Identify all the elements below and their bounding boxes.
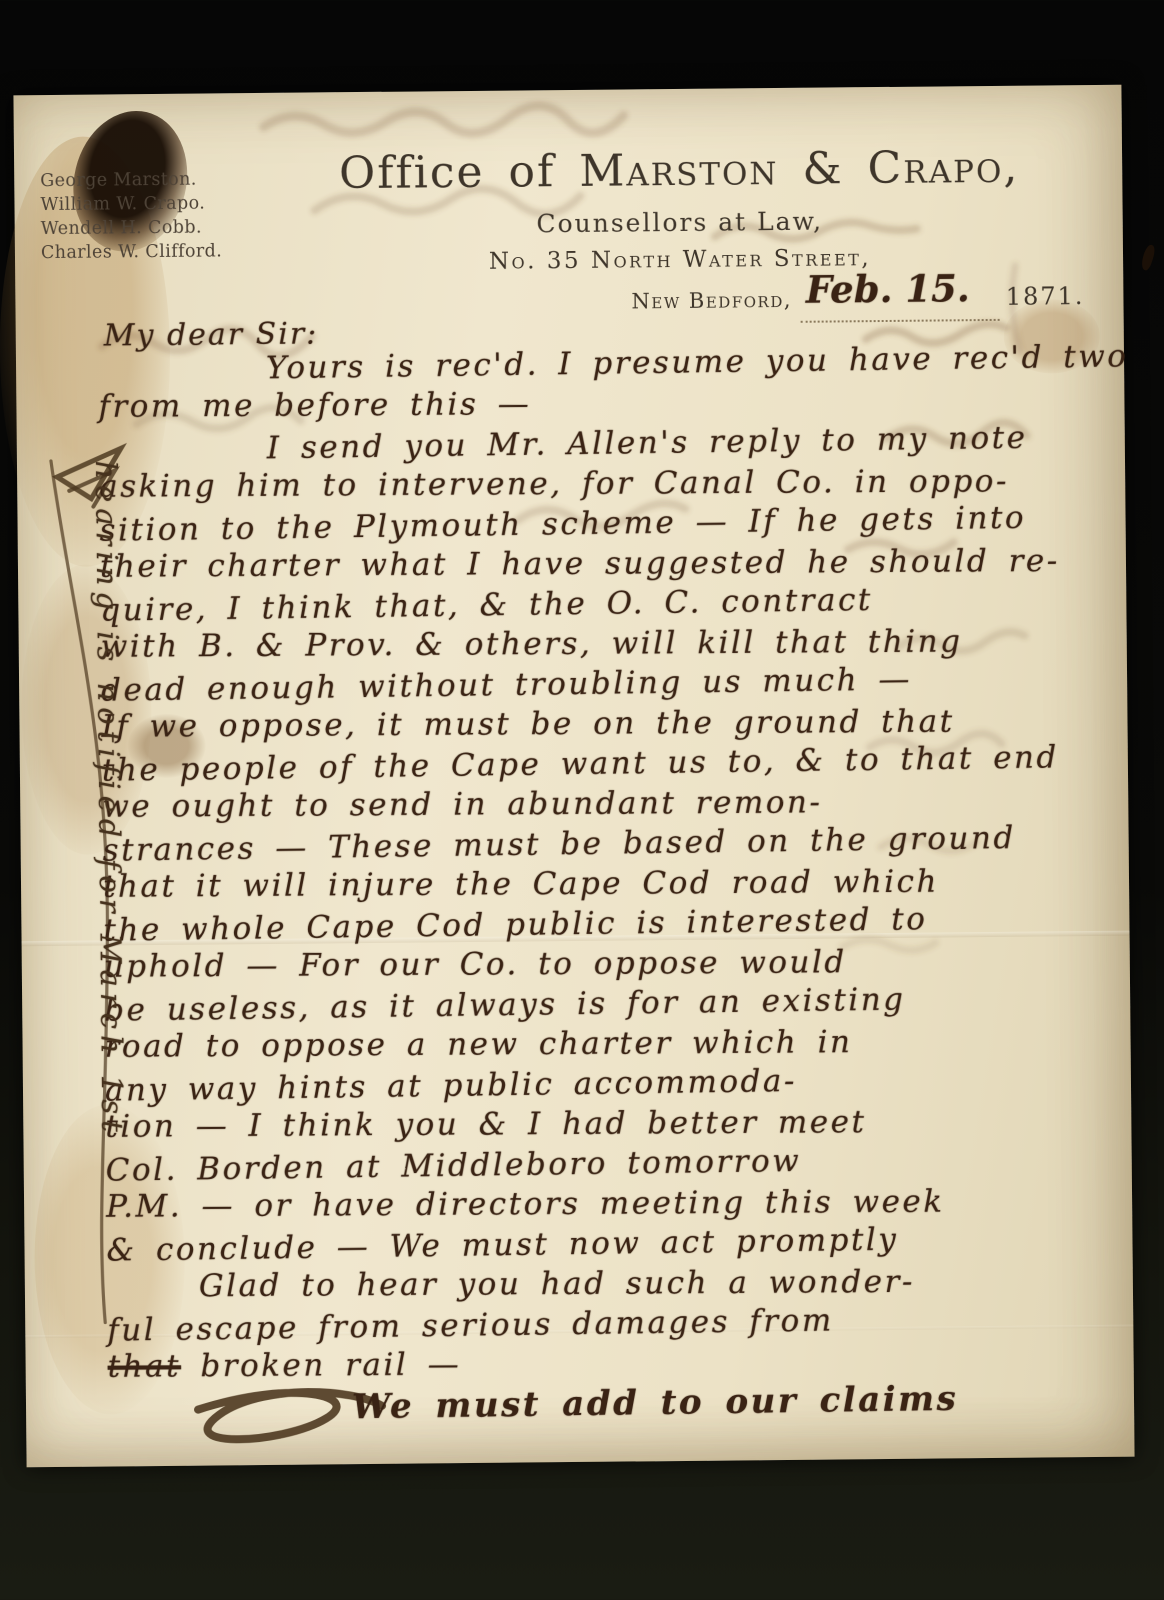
letterhead-dateline: New Bedford, Feb. 15. 1871. — [631, 269, 1111, 325]
letterhead-center: Office of Marston & Crapo, Counsellors a… — [284, 141, 1075, 277]
attorney-name: William W. Crapo. — [40, 191, 221, 217]
ink-mark — [1139, 244, 1156, 272]
attorney-name: George Marston. — [40, 167, 221, 193]
office-prefix: Office of — [339, 146, 556, 199]
letterhead-office-title: Office of Marston & Crapo, — [284, 141, 1074, 200]
letterhead-subtitle: Counsellors at Law, — [285, 204, 1075, 241]
date-dotted-rule: Feb. 15. — [800, 270, 1000, 323]
attorney-name: Charles W. Clifford. — [41, 239, 222, 265]
handwritten-date: Feb. 15. — [806, 266, 970, 312]
scan-background: George Marston.William W. Crapo.Wendell … — [0, 0, 1164, 1600]
letterhead-city: New Bedford, — [631, 288, 792, 314]
struck-word: that — [108, 1348, 182, 1384]
letter-body-lines: Yours is rec'd. I presume you have rec'd… — [98, 339, 1098, 1428]
letterhead-year: 1871. — [1006, 282, 1085, 311]
attorney-name: Wendell H. Cobb. — [41, 215, 222, 241]
letterhead-attorneys: George Marston.William W. Crapo.Wendell … — [40, 167, 222, 265]
office-name: Marston & Crapo, — [579, 142, 1020, 197]
letter-paper: George Marston.William W. Crapo.Wendell … — [13, 85, 1134, 1468]
